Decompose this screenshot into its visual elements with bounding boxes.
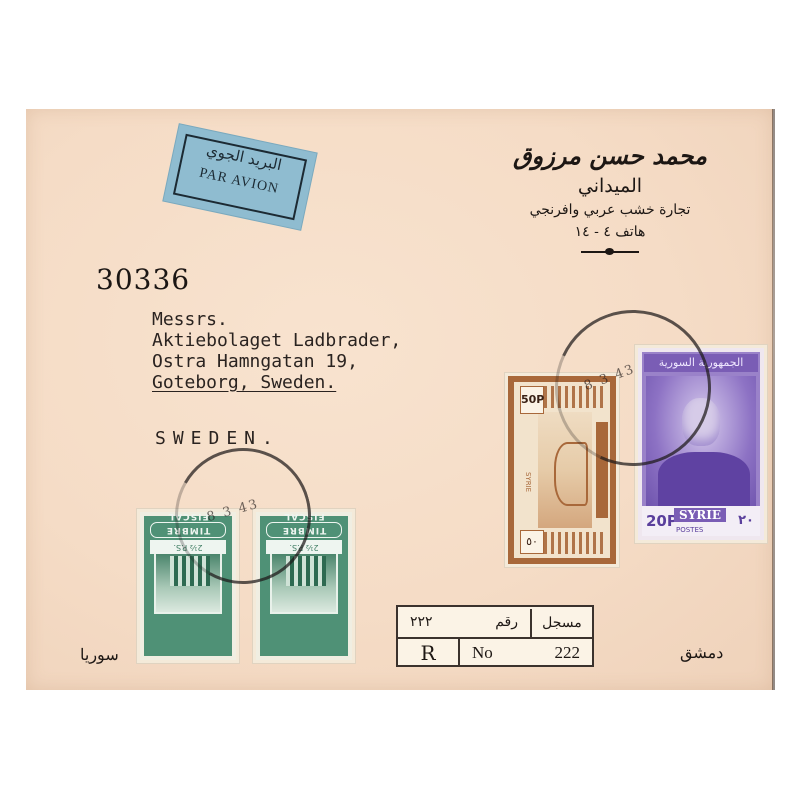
address-line: Aktiebolaget Ladbrader, (152, 330, 401, 351)
stamp-country: SYRIE (524, 472, 532, 492)
recipient-address: Messrs. Aktiebolaget Ladbrader, Ostra Ha… (152, 309, 401, 393)
registration-label-arabic-row: رقم ٢٢٢ مسجل (398, 609, 592, 639)
origin-country-arabic: سوريا (80, 645, 119, 664)
destination-country: SWEDEN. (155, 428, 280, 449)
address-line: Ostra Hamngatan 19, (152, 351, 401, 372)
postmark-date: 8 3 43 (582, 362, 637, 394)
stamp-postes: POSTES (676, 526, 703, 534)
address-line: Goteborg, Sweden. (152, 372, 401, 393)
stamp-value: 50P (520, 386, 544, 414)
sender-letterhead: محمد حسن مرزوق الميداني تجارة خشب عربي و… (490, 135, 730, 257)
ornament-divider-icon (581, 247, 639, 257)
postmark-date: 8 3 43 (205, 497, 260, 525)
origin-city-arabic: دمشق (680, 643, 723, 662)
stamp-bottom-panel: 20P SYRIE POSTES ٢٠ (642, 506, 760, 536)
ornament-border-icon (544, 532, 606, 554)
registration-label-latin-row: R No 222 (398, 639, 592, 667)
sender-trade: تجارة خشب عربي وافرنجي (490, 199, 730, 221)
registered-arabic: مسجل (530, 609, 592, 637)
number-abbrev: No (472, 639, 493, 667)
address-line: Messrs. (152, 309, 401, 330)
stamp-country: SYRIE (674, 508, 726, 522)
registered-r-mark: R (398, 639, 460, 667)
registration-number-cell: No 222 (460, 639, 592, 667)
sender-name: محمد حسن مرزوق (490, 141, 730, 171)
sender-phone: هاتف ٤ - ١٤ (490, 221, 730, 243)
registration-label-number: 222 (555, 639, 581, 667)
registration-number: 30336 (96, 263, 190, 296)
sender-surname: الميداني (490, 173, 730, 199)
registration-word: رقم (495, 609, 518, 637)
stamp-value-arabic: ٥٠ (520, 530, 544, 554)
registration-number-arabic-cell: رقم ٢٢٢ (398, 609, 530, 637)
registration-number-arabic: ٢٢٢ (410, 609, 433, 637)
stamp-value-arabic: ٢٠ (738, 513, 754, 528)
registration-label: رقم ٢٢٢ مسجل R No 222 (396, 605, 594, 667)
